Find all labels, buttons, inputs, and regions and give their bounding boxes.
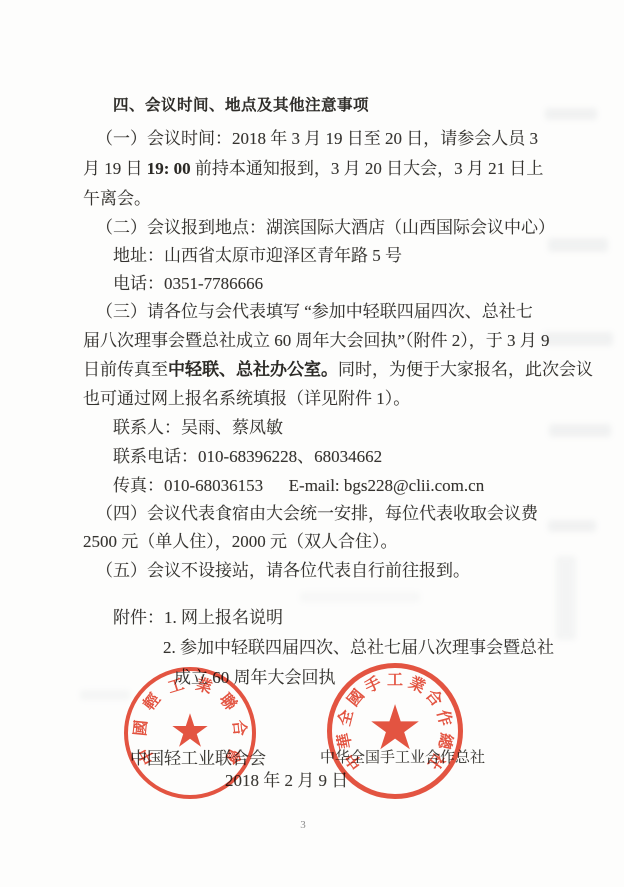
doc-line: 联系电话：010-68396228、68034662 [113,446,382,468]
seal-ring-char: 工 [387,672,403,688]
seal-ring-char: 總 [436,731,455,750]
official-seal-left: ★ 中國輕工業聯合會 [124,667,256,799]
scan-artifact [545,108,597,120]
doc-line: 地址：山西省太原市迎泽区青年路 5 号 [113,245,402,267]
doc-line-text: 同时，为便于大家报名，此次会议 [338,360,593,379]
doc-line: （五）会议不设接站，请各位代表自行前往报到。 [96,560,470,582]
scan-artifact [548,520,596,532]
doc-line-bold-text: 中轻联、总社办公室。 [168,360,338,379]
scan-artifact [80,690,130,700]
document-page: 四、会议时间、地点及其他注意事项 （一）会议时间：2018 年 3 月 19 日… [0,0,624,887]
doc-line: 日前传真至中轻联、总社办公室。同时，为便于大家报名，此次会议 [83,359,593,381]
doc-line-text: 前持本通知报到，3 月 20 日大会，3 月 21 日上 [191,159,544,178]
page-number: 3 [294,819,312,831]
scan-artifact [543,332,613,346]
scan-artifact [549,424,611,437]
seal-ring-char: 華 [336,731,355,750]
official-seal-right: ★ 中華全國手工業合作總社 [327,663,463,799]
doc-line: 午离会。 [83,188,151,210]
doc-line: 电话：0351-7786666 [113,273,263,295]
doc-line: （二）会议报到地点：湖滨国际大酒店（山西国际会议中心） [96,217,555,239]
doc-line: 也可通过网上报名系统填报（详见附件 1）。 [83,388,410,410]
doc-line-bold-text: 19: 00 [147,159,191,178]
doc-line: （四）会议代表食宿由大会统一安排，每位代表收取会议费 [96,503,538,525]
doc-line: （三）请各位与会代表填写 “参加中轻联四届四次、总社七 [96,301,533,323]
doc-line: （一）会议时间：2018 年 3 月 19 日至 20 日，请参会人员 3 [96,128,538,150]
doc-line: 月 19 日 19: 00 前持本通知报到，3 月 20 日大会，3 月 21 … [83,158,543,180]
scan-artifact [548,238,608,252]
scan-artifact [300,592,420,602]
doc-line-text: 月 19 日 [83,159,147,178]
seal-ring-char: 國 [132,719,150,737]
doc-line: 传真：010-68036153 E-mail: bgs228@clii.com.… [113,475,484,497]
attachment-line: 附件：1. 网上报名说明 [113,607,283,629]
scan-artifact [556,556,576,640]
section-heading: 四、会议时间、地点及其他注意事项 [113,95,369,117]
star-icon: ★ [169,708,210,754]
doc-line-text: 日前传真至 [83,360,168,379]
doc-line: 届八次理事会暨总社成立 60 周年大会回执”（附件 2），于 3 月 9 [83,330,550,352]
attachment-line: 2. 参加中轻联四届四次、总社七届八次理事会暨总社 [163,637,554,659]
seal-ring-char: 合 [230,719,248,737]
doc-line: 2500 元（单人住），2000 元（双人合住）。 [83,531,398,553]
star-icon: ★ [367,697,423,759]
doc-line: 联系人：吴雨、蔡凤敏 [113,417,283,439]
